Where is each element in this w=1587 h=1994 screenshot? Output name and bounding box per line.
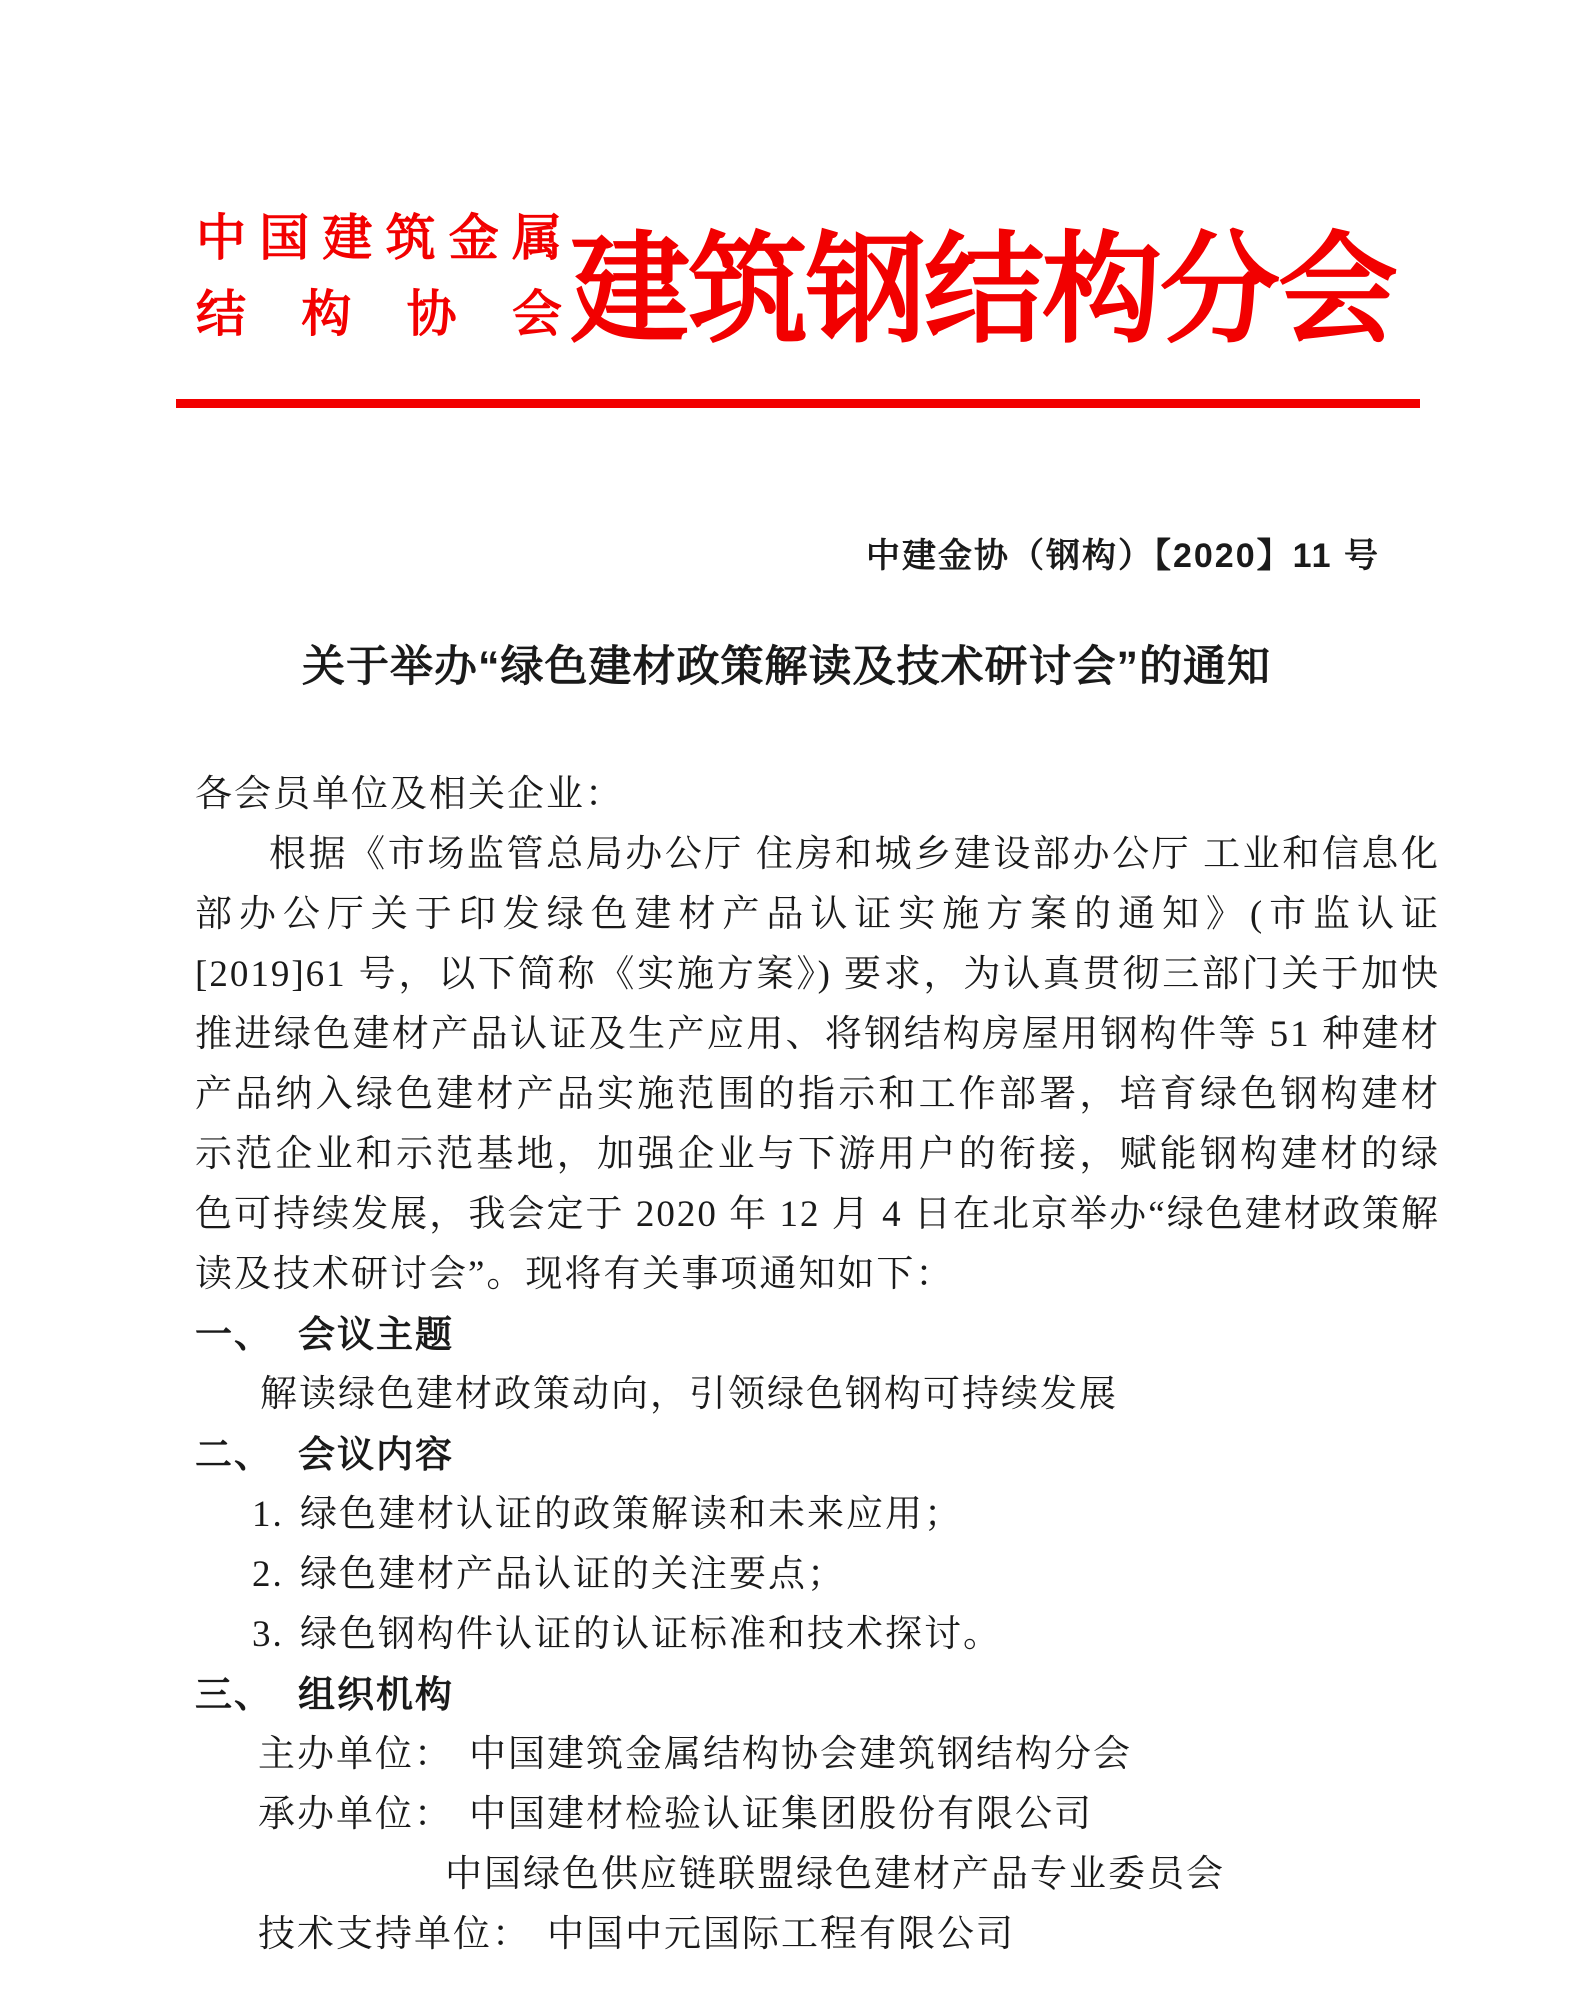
agenda-item-3: 3. 绿色钢构件认证的认证标准和技术探讨。 xyxy=(195,1605,1440,1665)
agenda-item-number: 1. xyxy=(252,1485,300,1545)
association-name-line1: 中国建筑金属 xyxy=(196,200,562,276)
section-heading-3: 三、 组织机构 xyxy=(195,1665,1440,1725)
association-name: 中国建筑金属 结构协会 xyxy=(196,200,562,352)
org-role-label: 承办单位： xyxy=(258,1785,453,1845)
organizer-row-undertaker: 承办单位： 中国建材检验认证集团股份有限公司 xyxy=(195,1785,1440,1845)
section-number: 一、 xyxy=(195,1305,298,1365)
agenda-item-2: 2. 绿色建材产品认证的关注要点； xyxy=(195,1545,1440,1605)
section-title: 会议主题 xyxy=(298,1305,454,1365)
org-name: 中国建筑金属结构协会建筑钢结构分会 xyxy=(469,1725,1132,1785)
org-role-label: 主办单位： xyxy=(258,1725,453,1785)
letterhead: 中国建筑金属 结构协会 建筑钢结构分会 xyxy=(196,200,1396,352)
agenda-item-text: 绿色钢构件认证的认证标准和技术探讨。 xyxy=(300,1605,1002,1665)
association-name-line2: 结构协会 xyxy=(196,276,562,352)
agenda-item-1: 1. 绿色建材认证的政策解读和未来应用； xyxy=(195,1485,1440,1545)
salutation: 各会员单位及相关企业： xyxy=(195,765,1440,825)
branch-title: 建筑钢结构分会 xyxy=(570,230,1396,352)
organizer-row-tech-support: 技术支持单位： 中国中元国际工程有限公司 xyxy=(195,1905,1440,1965)
organizer-row-undertaker-2: 中国绿色供应链联盟绿色建材产品专业委员会 xyxy=(195,1845,1440,1905)
org-name: 中国中元国际工程有限公司 xyxy=(547,1905,1015,1965)
org-name: 中国建材检验认证集团股份有限公司 xyxy=(469,1785,1093,1845)
section-heading-2: 二、 会议内容 xyxy=(195,1425,1440,1485)
agenda-item-text: 绿色建材认证的政策解读和未来应用； xyxy=(300,1485,963,1545)
section-number: 二、 xyxy=(195,1425,298,1485)
agenda-item-text: 绿色建材产品认证的关注要点； xyxy=(300,1545,846,1605)
red-divider-line xyxy=(176,399,1420,408)
section-title: 组织机构 xyxy=(298,1665,454,1725)
org-name: 中国绿色供应链联盟绿色建材产品专业委员会 xyxy=(445,1845,1225,1905)
organizer-row-host: 主办单位： 中国建筑金属结构协会建筑钢结构分会 xyxy=(195,1725,1440,1785)
section-heading-1: 一、 会议主题 xyxy=(195,1305,1440,1365)
agenda-item-number: 3. xyxy=(252,1605,300,1665)
notice-title: 关于举办“绿色建材政策解读及技术研讨会”的通知 xyxy=(164,633,1409,694)
opening-paragraph: 根据《市场监管总局办公厅 住房和城乡建设部办公厅 工业和信息化部办公厅关于印发绿… xyxy=(195,825,1440,1305)
document-number: 中建金协（钢构）【2020】11 号 xyxy=(195,528,1380,577)
section-number: 三、 xyxy=(195,1665,298,1725)
notice-body: 各会员单位及相关企业： 根据《市场监管总局办公厅 住房和城乡建设部办公厅 工业和… xyxy=(195,765,1440,1965)
section-title: 会议内容 xyxy=(298,1425,454,1485)
notice-document-page: 中国建筑金属 结构协会 建筑钢结构分会 中建金协（钢构）【2020】11 号 关… xyxy=(0,0,1587,1994)
org-role-label: 技术支持单位： xyxy=(258,1905,531,1965)
agenda-item-number: 2. xyxy=(252,1545,300,1605)
section-1-body: 解读绿色建材政策动向，引领绿色钢构可持续发展 xyxy=(195,1365,1440,1425)
